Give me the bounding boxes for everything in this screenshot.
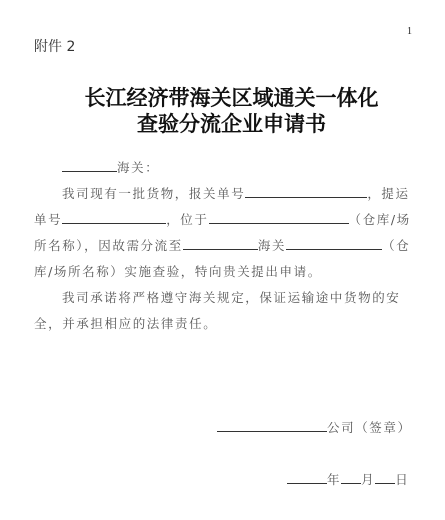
date-line: 年月日 bbox=[287, 470, 409, 488]
text: 日 bbox=[395, 472, 409, 487]
salutation-suffix: 海关： bbox=[117, 160, 159, 175]
paragraph2-line2: 全，并承担相应的法律责任。 bbox=[34, 314, 217, 332]
paragraph1-line4: 库/场所名称）实施查验，特向贵关提出申请。 bbox=[34, 262, 322, 280]
current-location-blank[interactable] bbox=[209, 210, 349, 224]
bill-of-lading-blank[interactable] bbox=[62, 210, 166, 224]
paragraph1-line1: 我司现有一批货物，报关单号，提运 bbox=[62, 184, 410, 202]
text: ，位于 bbox=[166, 212, 208, 227]
text: 所名称），因故需分流至 bbox=[34, 238, 183, 253]
target-customs-blank[interactable] bbox=[183, 236, 258, 250]
customs-name-blank[interactable] bbox=[62, 158, 117, 172]
month-blank[interactable] bbox=[341, 470, 361, 484]
text: 年 bbox=[327, 472, 341, 487]
text: 月 bbox=[361, 472, 375, 487]
company-signature: 公司（签章） bbox=[217, 418, 412, 436]
target-location-blank[interactable] bbox=[286, 236, 382, 250]
attachment-label: 附件 2 bbox=[34, 36, 75, 56]
salutation: 海关： bbox=[62, 158, 159, 176]
paragraph1-line3: 所名称），因故需分流至海关（仓 bbox=[34, 236, 410, 254]
text: 海关 bbox=[258, 238, 286, 253]
text: 单号 bbox=[34, 212, 62, 227]
text: 公司（签章） bbox=[327, 420, 412, 435]
declaration-number-blank[interactable] bbox=[245, 184, 367, 198]
text: （仓 bbox=[382, 238, 410, 253]
text: （仓库/场 bbox=[349, 212, 411, 227]
document-title-line2: 查验分流企业申请书 bbox=[0, 108, 445, 138]
company-name-blank[interactable] bbox=[217, 418, 327, 432]
paragraph1-line2: 单号，位于（仓库/场 bbox=[34, 210, 411, 228]
paragraph2-line1: 我司承诺将严格遵守海关规定，保证运输途中货物的安 bbox=[62, 288, 400, 306]
year-blank[interactable] bbox=[287, 470, 327, 484]
text: 我司现有一批货物，报关单号 bbox=[62, 186, 245, 201]
page-number: 1 bbox=[407, 26, 412, 37]
text: ，提运 bbox=[367, 186, 409, 201]
day-blank[interactable] bbox=[375, 470, 395, 484]
